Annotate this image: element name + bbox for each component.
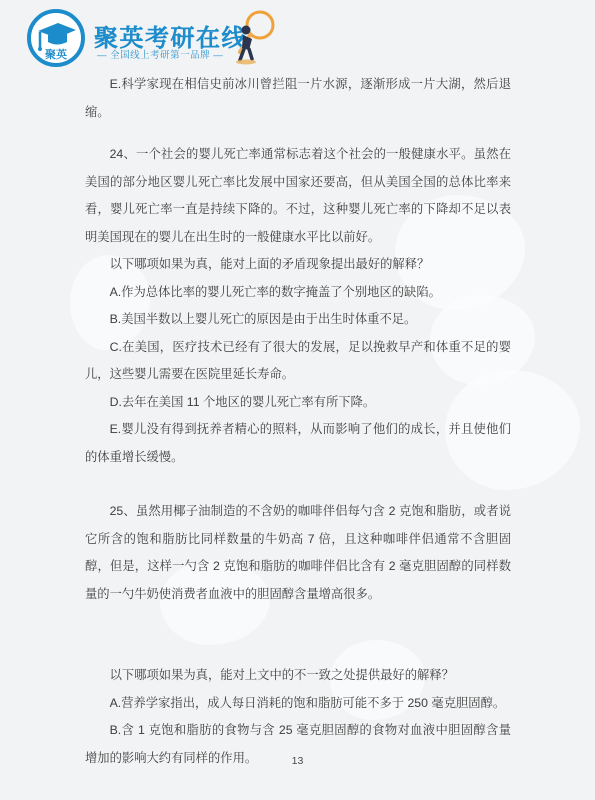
question-25-option-a: A.营养学家指出，成人每日消耗的饱和脂肪可能不多于 250 毫克胆固醇。 xyxy=(85,690,511,718)
question-25-prompt: 以下哪项如果为真，能对上文中的不一致之处提供最好的解释？ xyxy=(85,662,511,690)
question-24-prompt: 以下哪项如果为真，能对上面的矛盾现象提出最好的解释？ xyxy=(85,251,511,279)
question-24-option-e: E.婴儿没有得到抚养者精心的照料，从而影响了他们的成长，并且使他们的体重增长缓慢… xyxy=(85,416,511,471)
question-25-stem: 25、虽然用椰子油制造的不含奶的咖啡伴侣每勺含 2 克饱和脂肪，或者说它所含的饱… xyxy=(85,498,511,608)
exam-page: 聚英 聚英考研在线 — 全国线上考研第一品牌 — E.科学家现在相信史前冰川曾拦… xyxy=(0,0,595,800)
question-24-option-a: A.作为总体比率的婴儿死亡率的数字掩盖了个别地区的缺陷。 xyxy=(85,279,511,307)
question-24-stem: 24、一个社会的婴儿死亡率通常标志着这个社会的一般健康水平。虽然在美国的部分地区… xyxy=(85,141,511,251)
page-number: 13 xyxy=(0,755,595,767)
prev-question-option-e: E.科学家现在相信史前冰川曾拦阻一片水源，逐渐形成一片大湖，然后退缩。 xyxy=(85,71,511,126)
question-24-option-c: C.在美国，医疗技术已经有了很大的发展，足以挽救早产和体重不足的婴儿，这些婴儿需… xyxy=(85,334,511,389)
question-24-option-b: B.美国半数以上婴儿死亡的原因是由于出生时体重不足。 xyxy=(85,306,511,334)
document-body: E.科学家现在相信史前冰川曾拦阻一片水源，逐渐形成一片大湖，然后退缩。 24、一… xyxy=(0,0,595,800)
question-24-option-d: D.去年在美国 11 个地区的婴儿死亡率有所下降。 xyxy=(85,389,511,417)
